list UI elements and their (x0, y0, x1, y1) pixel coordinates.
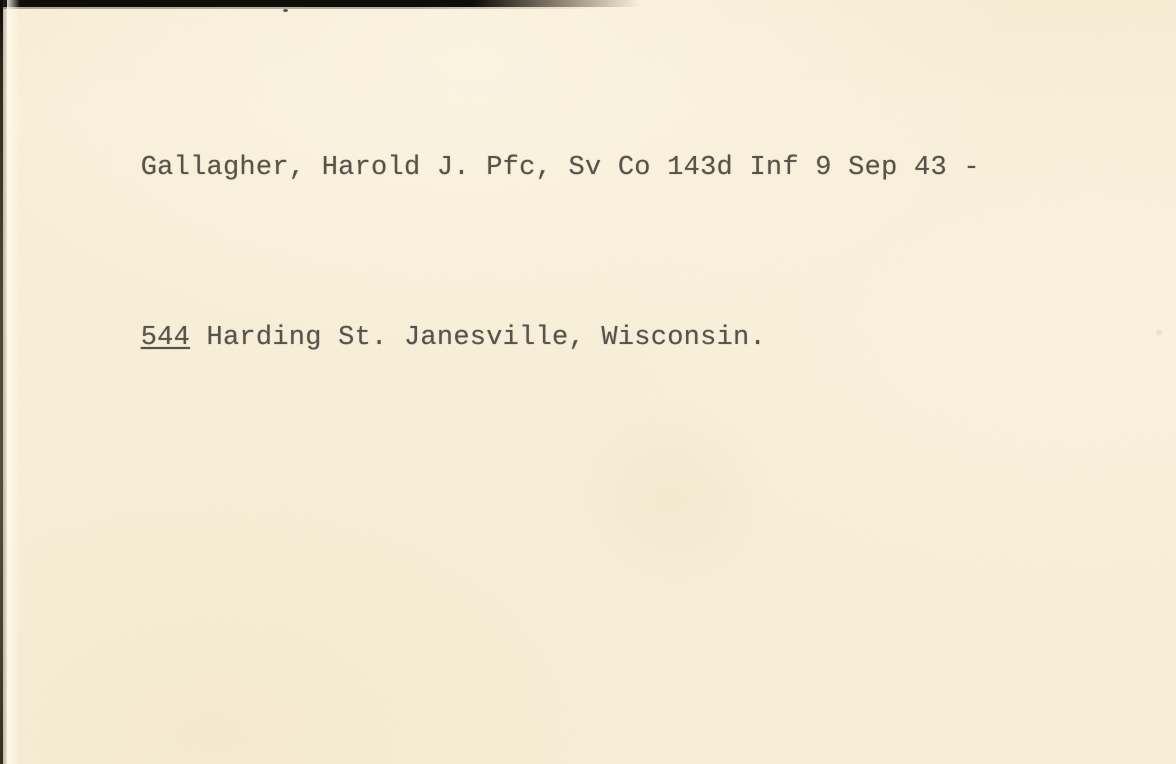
ink-speck (283, 9, 288, 12)
typed-text-block: Gallagher, Harold J. Pfc, Sv Co 143d Inf… (42, 49, 980, 457)
typed-line-name-unit-date: Gallagher, Harold J. Pfc, Sv Co 143d Inf… (42, 117, 980, 219)
scan-edge-top-shadow (0, 7, 600, 9)
scan-edge-left-highlight (7, 0, 20, 764)
scan-edge-top (0, 0, 640, 7)
pink-speck (1156, 330, 1162, 335)
house-number-underlined: 544 (141, 323, 190, 353)
scanned-index-card: Gallagher, Harold J. Pfc, Sv Co 143d Inf… (0, 0, 1176, 764)
name-unit-date-text: Gallagher, Harold J. Pfc, Sv Co 143d Inf… (141, 153, 980, 183)
typed-line-address: 544 Harding St. Janesville, Wisconsin. (42, 287, 980, 389)
address-text: Harding St. Janesville, Wisconsin. (190, 323, 766, 353)
